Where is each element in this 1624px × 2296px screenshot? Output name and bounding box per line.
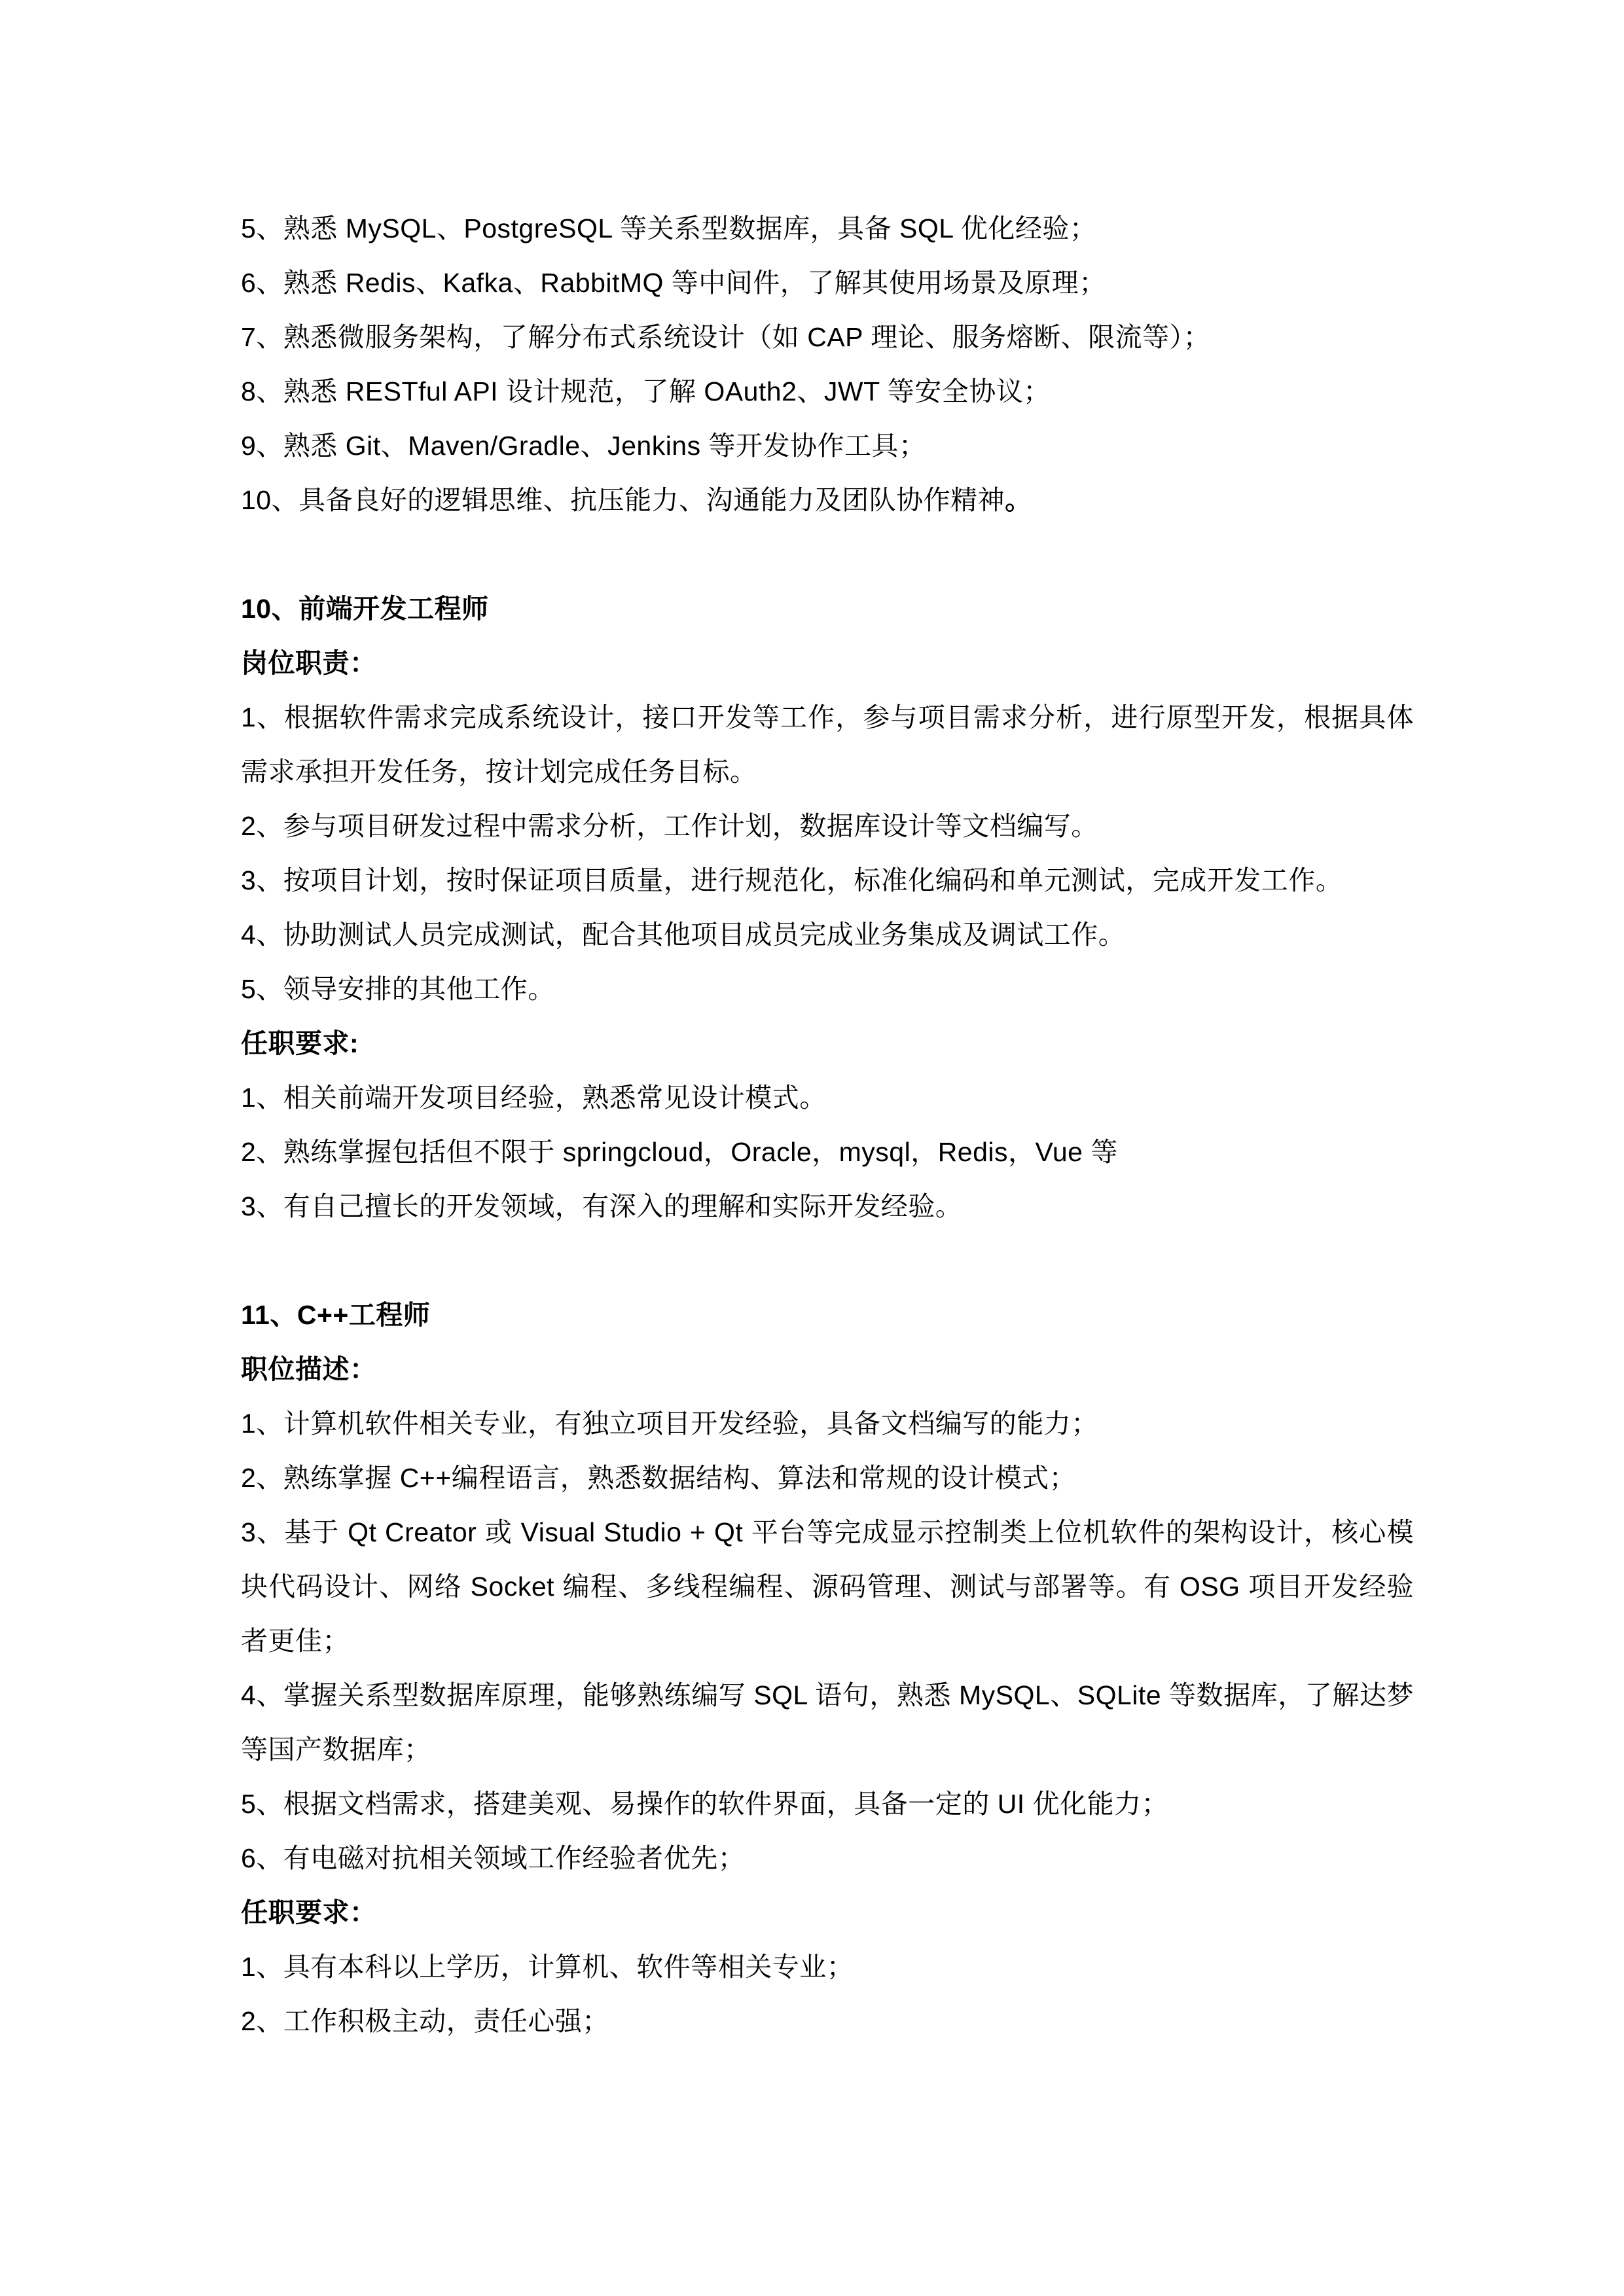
text-run: 10、前端开发工程师 <box>241 594 489 624</box>
text-run: 8、熟悉 RESTful API 设计规范，了解 OAuth2、JWT 等安全协… <box>241 376 1051 406</box>
list-item-text: 1、根据软件需求完成系统设计，接口开发等工作，参与项目需求分析，进行原型开发，根… <box>241 691 1414 799</box>
section-heading: 10、前端开发工程师 <box>241 582 1414 636</box>
list-item-text: 5、根据文档需求，搭建美观、易操作的软件界面，具备一定的 UI 优化能力； <box>241 1777 1414 1831</box>
text-run: 岗位职责： <box>241 648 377 678</box>
section-heading: 11、C++工程师 <box>241 1288 1414 1342</box>
text-run: 11、C++工程师 <box>241 1300 430 1330</box>
text-run: 3、按项目计划，按时保证项目质量，进行规范化，标准化编码和单元测试，完成开发工作… <box>241 865 1343 895</box>
text-run: 1、具有本科以上学历，计算机、软件等相关专业； <box>241 1952 854 1982</box>
text-run: 4、掌握关系型数据库原理，能够熟练编写 SQL 语句，熟悉 MySQL、SQLi… <box>241 1680 1414 1765</box>
section-heading: 任职要求: <box>241 1016 1414 1071</box>
list-item-text: 10、具备良好的逻辑思维、抗压能力、沟通能力及团队协作精神。 <box>241 473 1414 528</box>
list-item-text: 2、参与项目研发过程中需求分析，工作计划，数据库设计等文档编写。 <box>241 799 1414 853</box>
text-run: 7、熟悉微服务架构，了解分布式系统设计（如 CAP 理论、服务熔断、限流等）； <box>241 322 1210 352</box>
list-item-text: 2、熟练掌握 C++编程语言，熟悉数据结构、算法和常规的设计模式； <box>241 1451 1414 1505</box>
text-run: 9、熟悉 Git、Maven/Gradle、Jenkins 等开发协作工具； <box>241 431 926 461</box>
text-run: 2、工作积极主动，责任心强； <box>241 2006 609 2036</box>
list-item-text: 1、具有本科以上学历，计算机、软件等相关专业； <box>241 1940 1414 1994</box>
text-run: 任职要求: <box>241 1028 359 1058</box>
text-run: 5、领导安排的其他工作。 <box>241 974 555 1004</box>
list-item-text: 7、熟悉微服务架构，了解分布式系统设计（如 CAP 理论、服务熔断、限流等）； <box>241 310 1414 365</box>
list-item-text: 5、领导安排的其他工作。 <box>241 962 1414 1016</box>
list-item-text: 3、按项目计划，按时保证项目质量，进行规范化，标准化编码和单元测试，完成开发工作… <box>241 853 1414 908</box>
text-run: 3、基于 Qt Creator 或 Visual Studio + Qt 平台等… <box>241 1517 1414 1656</box>
text-run: 3、有自己擅长的开发领域，有深入的理解和实际开发经验。 <box>241 1191 962 1221</box>
list-item-text: 2、熟练掌握包括但不限于 springcloud，Oracle，mysql，Re… <box>241 1125 1414 1179</box>
bold-punctuation: 。 <box>1005 485 1032 515</box>
text-run: 5、根据文档需求，搭建美观、易操作的软件界面，具备一定的 UI 优化能力； <box>241 1789 1168 1819</box>
list-item-text: 4、协助测试人员完成测试，配合其他项目成员完成业务集成及调试工作。 <box>241 908 1414 962</box>
text-run: 2、参与项目研发过程中需求分析，工作计划，数据库设计等文档编写。 <box>241 811 1098 841</box>
text-run: 2、熟练掌握 C++编程语言，熟悉数据结构、算法和常规的设计模式； <box>241 1463 1076 1493</box>
blank-line <box>241 528 1414 582</box>
text-run: 1、根据软件需求完成系统设计，接口开发等工作，参与项目需求分析，进行原型开发，根… <box>241 702 1414 787</box>
list-item-text: 3、基于 Qt Creator 或 Visual Studio + Qt 平台等… <box>241 1505 1414 1668</box>
section-heading: 岗位职责： <box>241 636 1414 691</box>
list-item-text: 6、有电磁对抗相关领域工作经验者优先； <box>241 1831 1414 1886</box>
section-heading: 任职要求： <box>241 1886 1414 1940</box>
list-item-text: 8、熟悉 RESTful API 设计规范，了解 OAuth2、JWT 等安全协… <box>241 365 1414 419</box>
text-run: 4、协助测试人员完成测试，配合其他项目成员完成业务集成及调试工作。 <box>241 920 1125 950</box>
list-item-text: 9、熟悉 Git、Maven/Gradle、Jenkins 等开发协作工具； <box>241 419 1414 473</box>
list-item-text: 5、熟悉 MySQL、PostgreSQL 等关系型数据库，具备 SQL 优化经… <box>241 202 1414 256</box>
list-item-text: 1、相关前端开发项目经验，熟悉常见设计模式。 <box>241 1071 1414 1125</box>
blank-line <box>241 1234 1414 1288</box>
text-run: 任职要求： <box>241 1897 377 1928</box>
text-run: 职位描述： <box>241 1354 377 1384</box>
text-run: 1、计算机软件相关专业，有独立项目开发经验，具备文档编写的能力； <box>241 1408 1098 1439</box>
section-heading: 职位描述： <box>241 1342 1414 1397</box>
document-page: { "page": { "background_color": "#ffffff… <box>0 0 1624 2296</box>
list-item-text: 4、掌握关系型数据库原理，能够熟练编写 SQL 语句，熟悉 MySQL、SQLi… <box>241 1668 1414 1777</box>
text-run: 2、熟练掌握包括但不限于 springcloud，Oracle，mysql，Re… <box>241 1137 1118 1167</box>
document-content: 5、熟悉 MySQL、PostgreSQL 等关系型数据库，具备 SQL 优化经… <box>0 0 1624 2296</box>
text-run: 6、有电磁对抗相关领域工作经验者优先； <box>241 1843 745 1873</box>
list-item-text: 6、熟悉 Redis、Kafka、RabbitMQ 等中间件，了解其使用场景及原… <box>241 256 1414 310</box>
list-item-text: 1、计算机软件相关专业，有独立项目开发经验，具备文档编写的能力； <box>241 1397 1414 1451</box>
text-run: 6、熟悉 Redis、Kafka、RabbitMQ 等中间件，了解其使用场景及原… <box>241 268 1106 298</box>
text-run: 1、相关前端开发项目经验，熟悉常见设计模式。 <box>241 1083 827 1113</box>
text-run: 5、熟悉 MySQL、PostgreSQL 等关系型数据库，具备 SQL 优化经… <box>241 213 1096 243</box>
list-item-text: 2、工作积极主动，责任心强； <box>241 1994 1414 2049</box>
text-run: 10、具备良好的逻辑思维、抗压能力、沟通能力及团队协作精神 <box>241 485 1005 515</box>
list-item-text: 3、有自己擅长的开发领域，有深入的理解和实际开发经验。 <box>241 1179 1414 1234</box>
